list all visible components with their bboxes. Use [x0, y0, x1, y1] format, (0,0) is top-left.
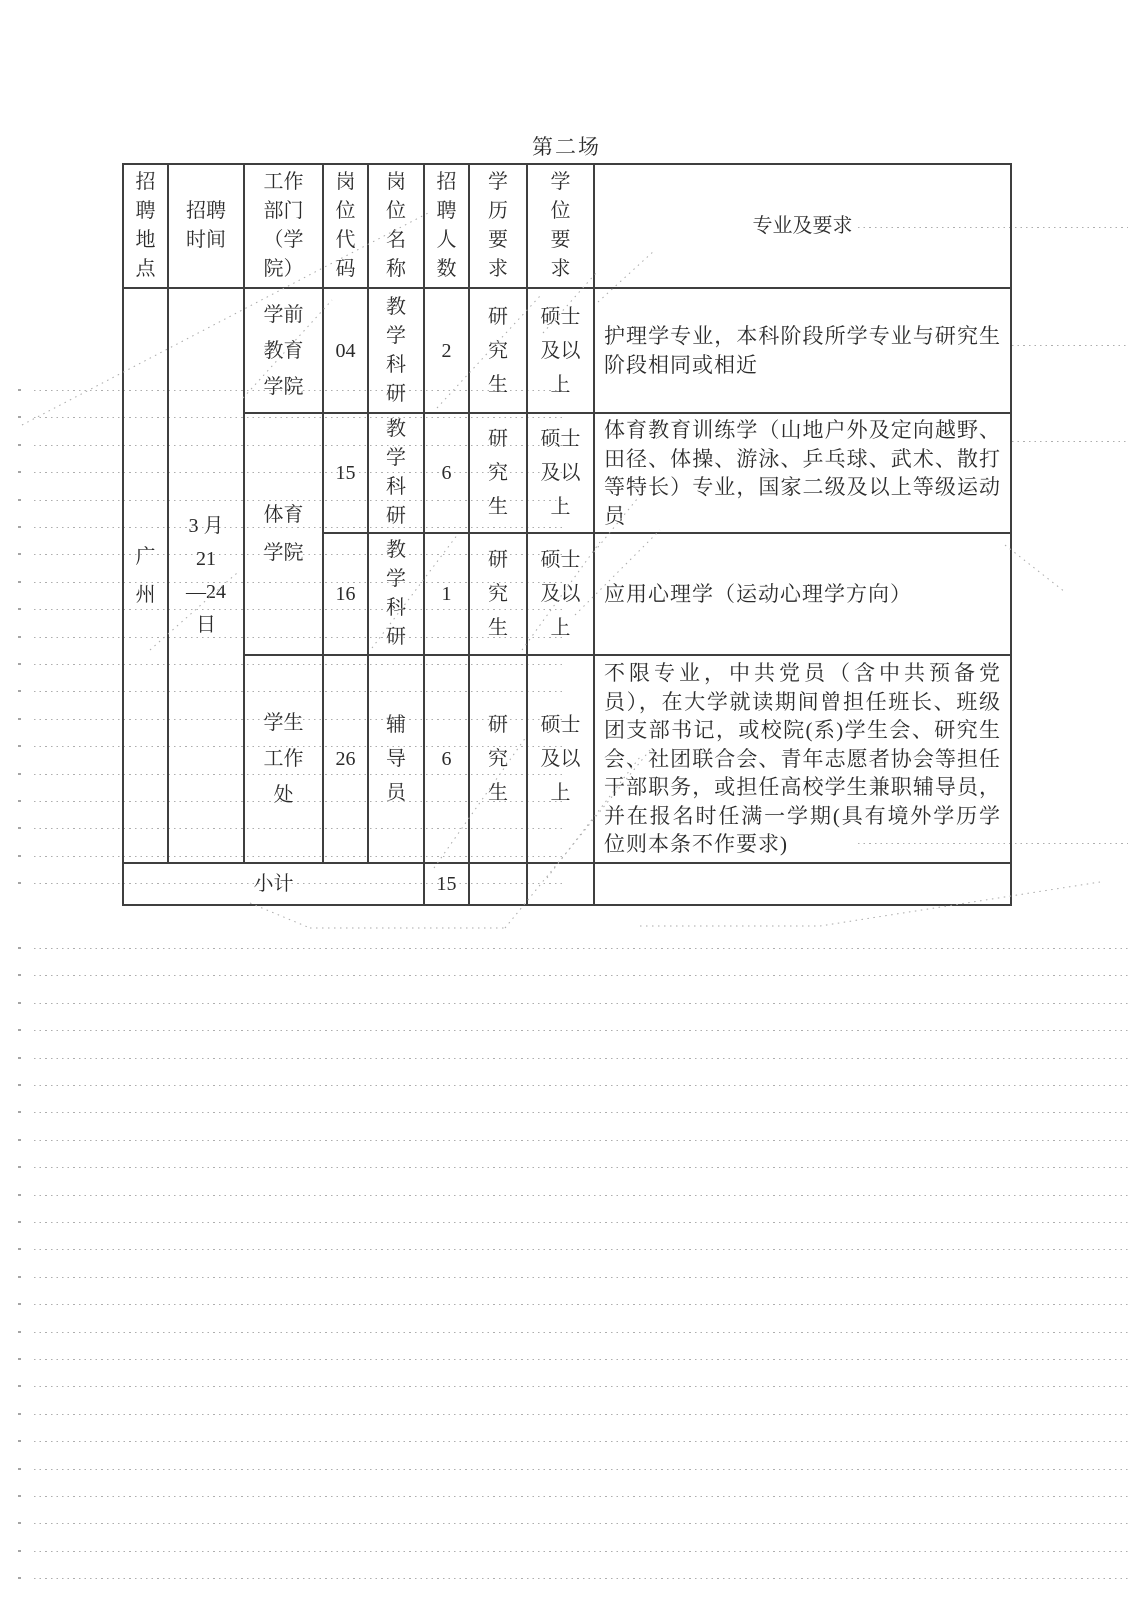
- cell-row3-name: 教 学 科 研: [368, 533, 424, 655]
- header-row: 招 聘 地 点 招聘 时间 工作 部门 （学 院） 岗 位 代 码 岗 位 名 …: [123, 164, 1011, 288]
- cell-row4-major: 不限专业，中共党员（含中共预备党员），在大学就读期间曾担任班长、班级团支部书记，…: [594, 655, 1011, 863]
- cell-row2-code: 15: [323, 413, 368, 533]
- cell-row1-major: 护理学专业，本科阶段所学专业与研究生阶段相同或相近: [594, 288, 1011, 413]
- cell-row1-department: 学前 教育 学院: [244, 288, 323, 413]
- cell-row1-code: 04: [323, 288, 368, 413]
- cell-row2-name: 教 学 科 研: [368, 413, 424, 533]
- cell-row4-code: 26: [323, 655, 368, 863]
- cell-row3-code: 16: [323, 533, 368, 655]
- page-title: 第二场: [122, 131, 1011, 161]
- cell-row4-degree: 硕士 及以 上: [527, 655, 594, 863]
- cell-row2-degree: 硕士 及以 上: [527, 413, 594, 533]
- document-page: { "page": { "title": "第二场" }, "table": {…: [0, 0, 1131, 1600]
- subtotal-row: 小计 15: [123, 863, 1011, 905]
- subtotal-label: 小计: [123, 863, 424, 905]
- table-row: 广 州 3 月 21 —24 日 学前 教育 学院 04 教 学 科 研 2 研…: [123, 288, 1011, 413]
- cell-row3-education: 研 究 生: [469, 533, 527, 655]
- cell-row4-department: 学生 工作 处: [244, 655, 323, 863]
- cell-time: 3 月 21 —24 日: [168, 288, 244, 863]
- cell-row2-major: 体育教育训练学（山地户外及定向越野、田径、体操、游泳、乒乓球、武术、散打等特长）…: [594, 413, 1011, 533]
- cell-row4-education: 研 究 生: [469, 655, 527, 863]
- cell-row1-name: 教 学 科 研: [368, 288, 424, 413]
- header-name: 岗 位 名 称: [368, 164, 424, 288]
- cell-row3-degree: 硕士 及以 上: [527, 533, 594, 655]
- subtotal-count: 15: [424, 863, 469, 905]
- header-location: 招 聘 地 点: [123, 164, 168, 288]
- cell-row1-count: 2: [424, 288, 469, 413]
- cell-row1-degree: 硕士 及以 上: [527, 288, 594, 413]
- cell-location: 广 州: [123, 288, 168, 863]
- table-row: 学生 工作 处 26 辅 导 员 6 研 究 生 硕士 及以 上 不限专业，中共…: [123, 655, 1011, 863]
- cell-row2-count: 6: [424, 413, 469, 533]
- header-department: 工作 部门 （学 院）: [244, 164, 323, 288]
- cell-row2-department: 体育 学院: [244, 413, 323, 655]
- subtotal-empty-education: [469, 863, 527, 905]
- cell-row4-count: 6: [424, 655, 469, 863]
- header-code: 岗 位 代 码: [323, 164, 368, 288]
- header-education: 学 历 要 求: [469, 164, 527, 288]
- header-count: 招 聘 人 数: [424, 164, 469, 288]
- recruitment-table: 招 聘 地 点 招聘 时间 工作 部门 （学 院） 岗 位 代 码 岗 位 名 …: [122, 163, 1012, 906]
- subtotal-empty-degree: [527, 863, 594, 905]
- header-time: 招聘 时间: [168, 164, 244, 288]
- subtotal-empty-major: [594, 863, 1011, 905]
- header-major: 专业及要求: [594, 164, 1011, 288]
- cell-row3-major: 应用心理学（运动心理学方向）: [594, 533, 1011, 655]
- cell-row2-education: 研 究 生: [469, 413, 527, 533]
- table-row: 体育 学院 15 教 学 科 研 6 研 究 生 硕士 及以 上 体育教育训练学…: [123, 413, 1011, 533]
- cell-row1-education: 研 究 生: [469, 288, 527, 413]
- header-degree: 学 位 要 求: [527, 164, 594, 288]
- cell-row3-count: 1: [424, 533, 469, 655]
- cell-row4-name: 辅 导 员: [368, 655, 424, 863]
